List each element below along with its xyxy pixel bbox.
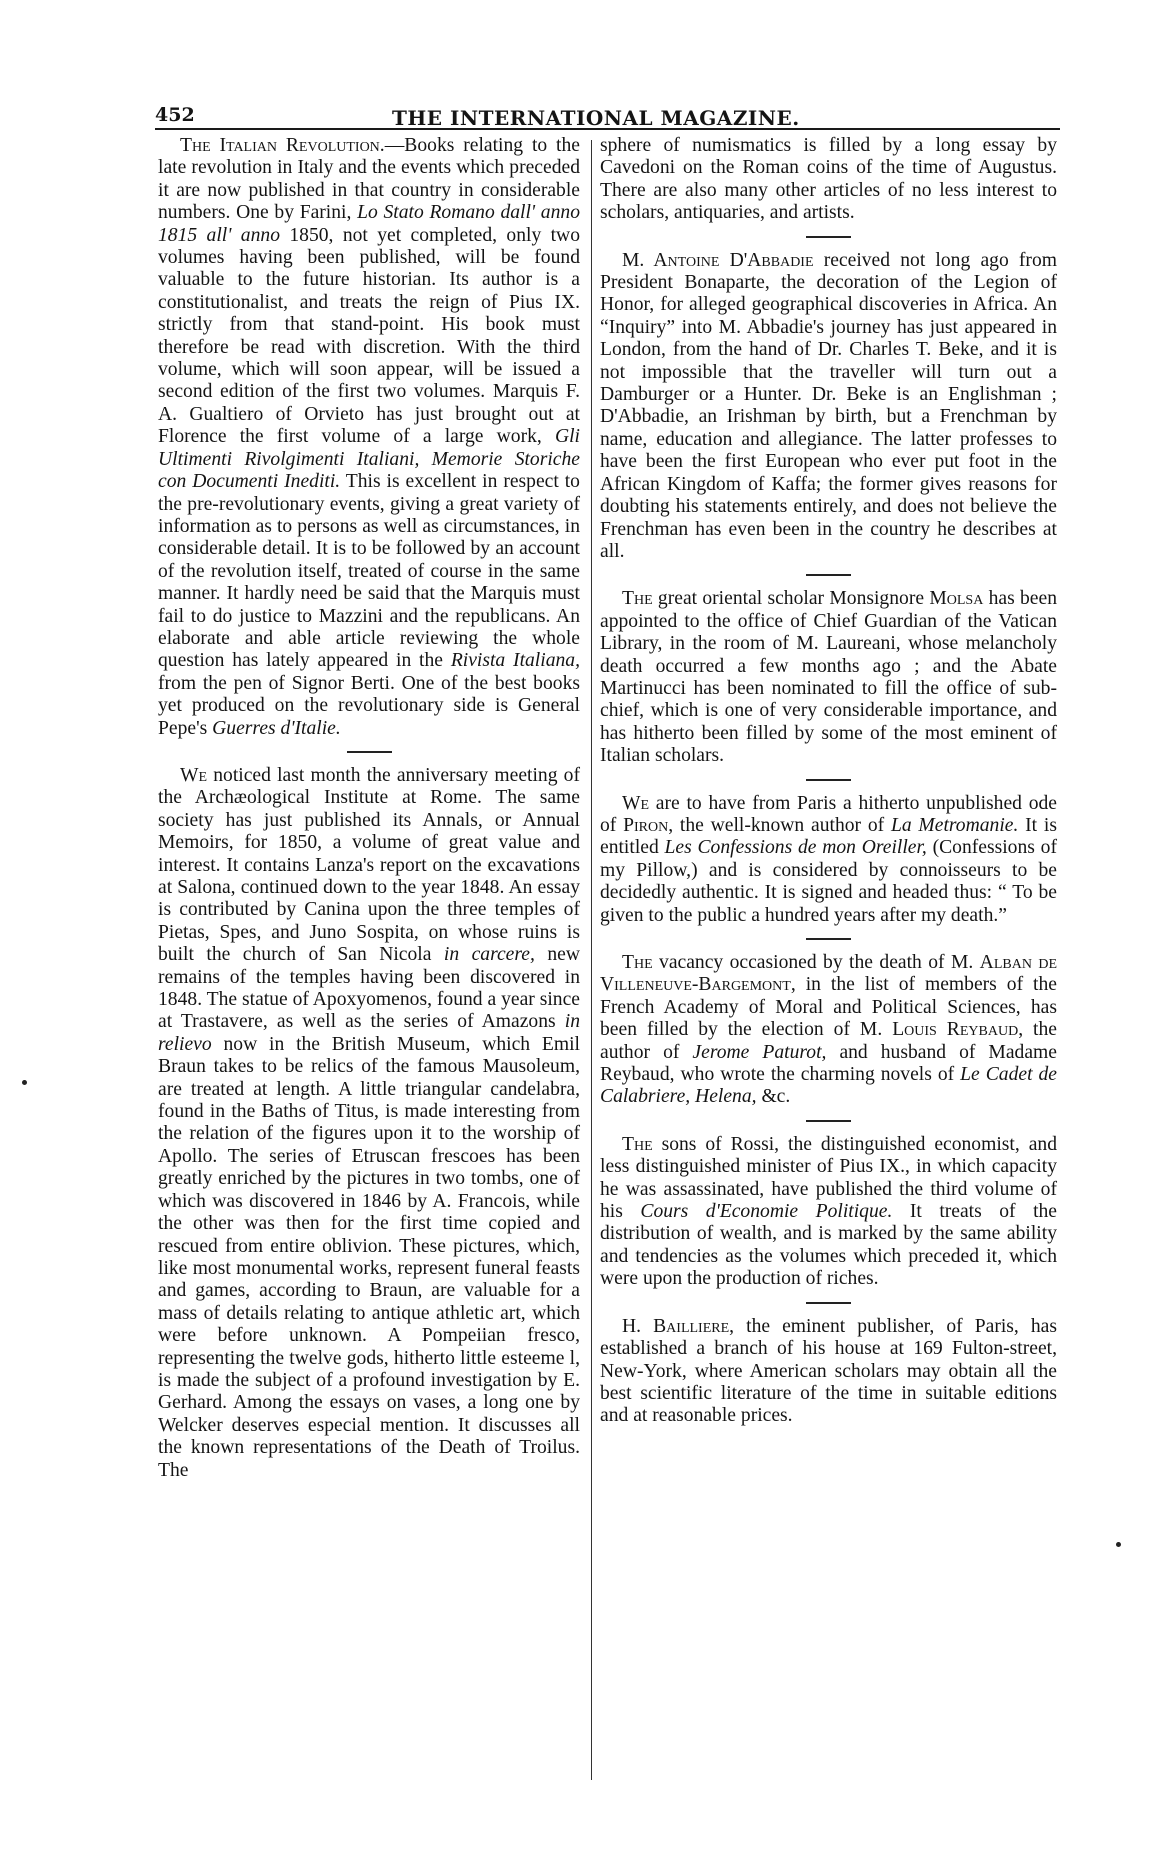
section-separator	[806, 1302, 851, 1304]
article-italian-revolution: The Italian Revolution.—Books relating t…	[158, 135, 580, 740]
section-separator	[806, 779, 851, 781]
section-separator	[806, 236, 851, 238]
article-dabbadie: M. Antoine D'Abbadie received not long a…	[600, 250, 1057, 564]
book-title: Cours d'Economie Politique.	[640, 1201, 892, 1222]
article-lead: We	[622, 793, 649, 814]
person-name: Molsa	[929, 588, 983, 609]
section-separator	[806, 1120, 851, 1122]
section-separator	[347, 751, 392, 753]
article-continuation: sphere of numismatics is filled by a lon…	[600, 135, 1057, 225]
article-text: vacancy occasioned by the death of M.	[653, 952, 980, 973]
article-bailliere: H. Bailliere, the eminent publisher, of …	[600, 1316, 1057, 1428]
article-text: has been appointed to the office of Chie…	[600, 588, 1057, 766]
journal-title: Rivista Italiana,	[451, 650, 580, 671]
page-header: 452 THE INTERNATIONAL MAGAZINE.	[155, 90, 1060, 126]
article-lead: The	[622, 588, 653, 609]
person-name: Louis Reybaud	[892, 1019, 1018, 1040]
article-text: &c.	[757, 1086, 791, 1107]
scan-speck	[1116, 1542, 1121, 1547]
article-lead: We	[180, 765, 207, 786]
book-title: Les Confessions de mon Oreiller,	[665, 837, 927, 858]
right-column: sphere of numismatics is filled by a lon…	[600, 135, 1057, 1428]
article-text: 1850, not yet completed, only two volume…	[158, 225, 580, 448]
article-french-academy: The vacancy occasioned by the death of M…	[600, 952, 1057, 1109]
column-divider	[591, 140, 592, 1780]
book-title: Jerome Paturot,	[692, 1042, 826, 1063]
book-title: Guerres d'Italie.	[212, 718, 341, 739]
magazine-page: 452 THE INTERNATIONAL MAGAZINE. The Ital…	[0, 0, 1176, 1850]
article-lead: The Italian Revolution.	[180, 135, 385, 156]
article-lead: M. Antoine D'Abbadie	[622, 250, 814, 271]
section-separator	[806, 938, 851, 940]
article-text: great oriental scholar Monsignore	[653, 588, 930, 609]
left-column: The Italian Revolution.—Books relating t…	[158, 135, 580, 1482]
article-lead: The	[622, 1134, 653, 1155]
article-molsa: The great oriental scholar Monsignore Mo…	[600, 588, 1057, 767]
article-archaeological-institute: We noticed last month the anniversary me…	[158, 765, 580, 1482]
book-title: La Metromanie.	[891, 815, 1018, 836]
person-name: Piron	[623, 815, 668, 836]
section-separator	[806, 574, 851, 576]
article-text: now in the British Museum, which Emil Br…	[158, 1034, 580, 1481]
page-number: 452	[155, 104, 195, 126]
article-lead: The	[622, 952, 653, 973]
article-text: noticed last month the anniversary meeti…	[158, 765, 580, 965]
article-text: received not long ago from President Bon…	[600, 250, 1057, 562]
article-text: This is excellent in respect to the pre-…	[158, 471, 580, 671]
article-text: , the well-known author of	[668, 815, 891, 836]
article-piron: We are to have from Paris a hitherto unp…	[600, 793, 1057, 927]
article-lead-initial: H.	[622, 1316, 653, 1337]
scan-speck	[22, 1080, 27, 1085]
article-rossi: The sons of Rossi, the distinguished eco…	[600, 1134, 1057, 1291]
article-lead: Bailliere	[653, 1316, 729, 1337]
header-rule	[155, 128, 1060, 130]
running-title: THE INTERNATIONAL MAGAZINE.	[392, 106, 800, 130]
italic-phrase: in carcere,	[444, 944, 535, 965]
